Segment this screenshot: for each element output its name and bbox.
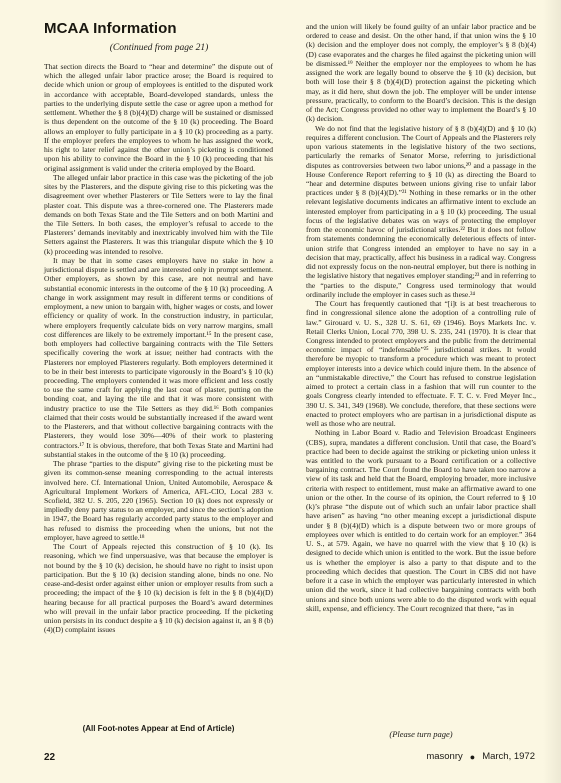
page-edge-shadow <box>543 0 561 783</box>
paragraph: and the union will likely be found guilt… <box>306 22 536 124</box>
left-column: That section directs the Board to “hear … <box>44 62 273 635</box>
paragraph: It may be that in some cases employers h… <box>44 256 273 459</box>
paragraph: Nothing in Labor Board v. Radio and Tele… <box>306 428 536 613</box>
paragraph: The alleged unfair labor practice in thi… <box>44 173 273 256</box>
paragraph: The Court of Appeals rejected this const… <box>44 542 273 634</box>
bullet-icon: ● <box>470 752 475 762</box>
please-turn-page-note: (Please turn page) <box>306 729 536 739</box>
paragraph: The Court has frequently cautioned that … <box>306 299 536 428</box>
issue-date: March, 1972 <box>482 751 535 762</box>
paragraph: The phrase “parties to the dispute” givi… <box>44 459 273 542</box>
continued-from-note: (Continued from page 21) <box>44 43 274 53</box>
publication-name: masonry <box>426 751 462 762</box>
paragraph: We do not find that the legislative hist… <box>306 124 536 299</box>
right-column: and the union will likely be found guilt… <box>306 22 536 613</box>
magazine-page: MCAA Information (Continued from page 21… <box>0 0 561 783</box>
section-title: MCAA Information <box>44 20 177 37</box>
paragraph: That section directs the Board to “hear … <box>44 62 273 173</box>
page-number: 22 <box>44 752 55 763</box>
footnotes-note: (All Foot-notes Appear at End of Article… <box>44 724 273 733</box>
publication-footer: masonry ● March, 1972 <box>426 751 535 762</box>
